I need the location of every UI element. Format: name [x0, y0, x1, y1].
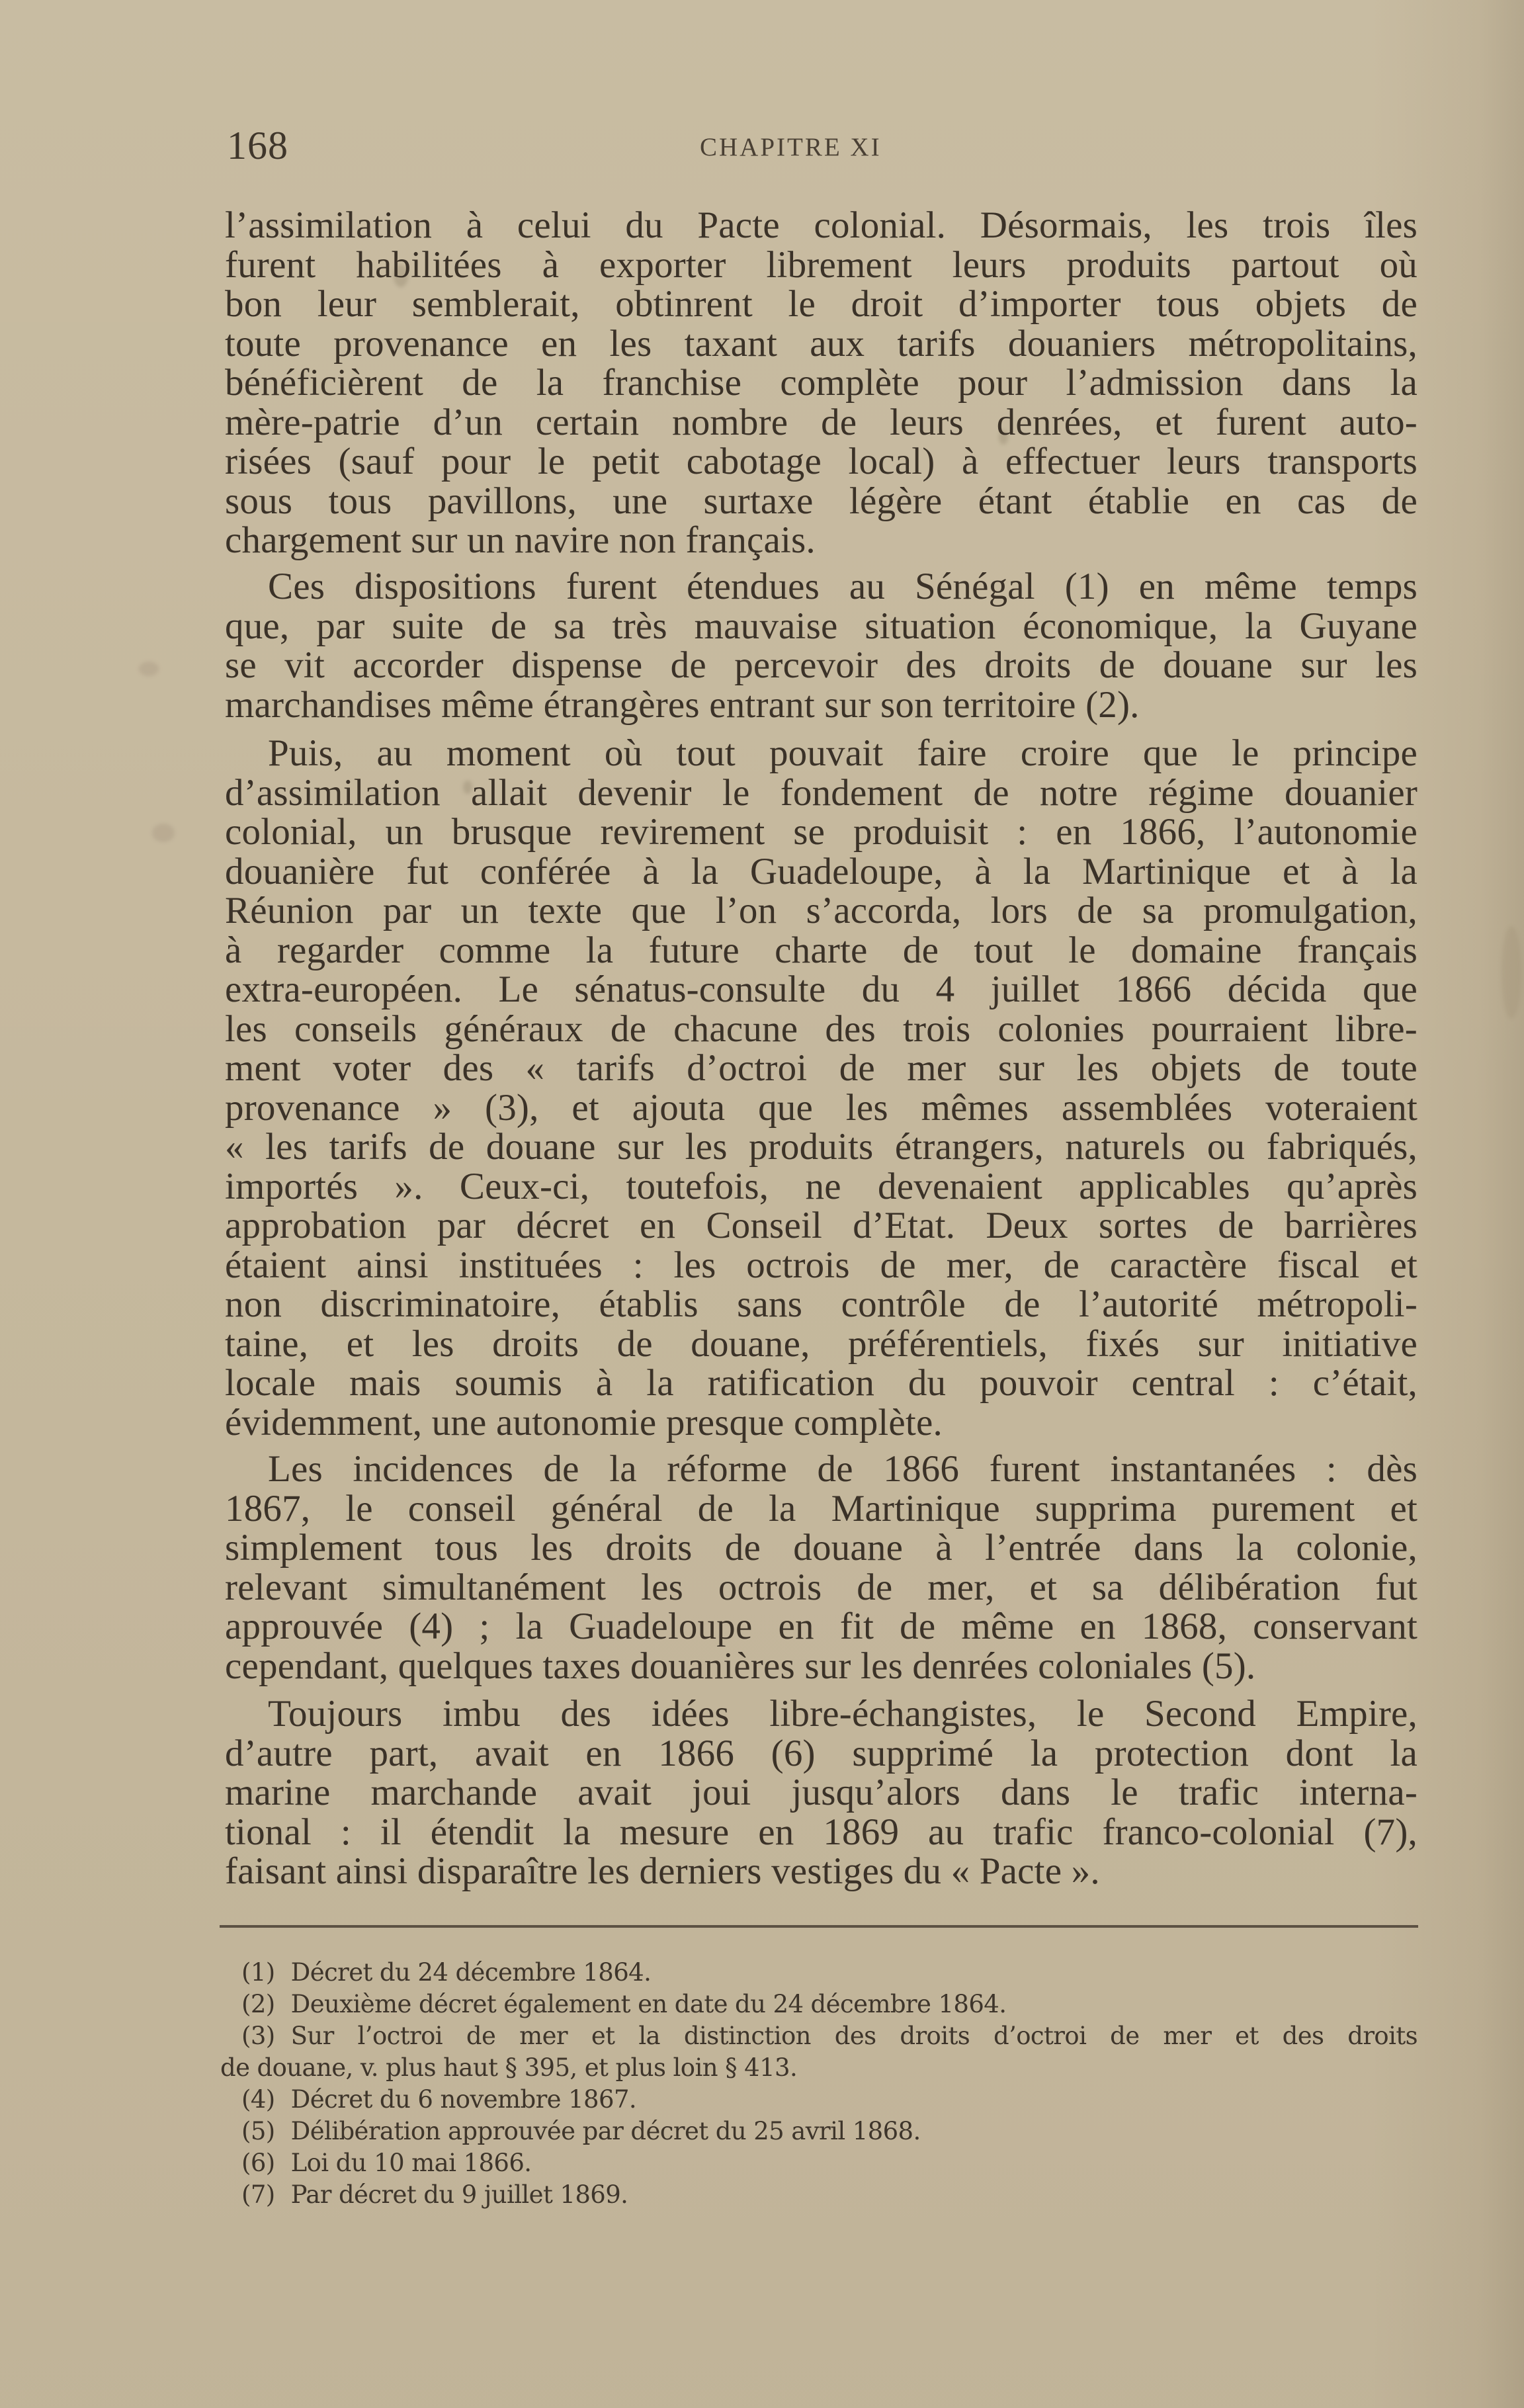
text-line: approbation par décret en Conseil d’Etat…	[225, 1206, 1418, 1246]
paper-blemish	[152, 824, 175, 842]
text-line: évidemment, une autonomie presque complè…	[225, 1403, 1418, 1443]
footnote-line: (1)Décret du 24 décembre 1864.	[241, 1957, 651, 1989]
text-line: Toujours imbu des idées libre-échangiste…	[268, 1694, 1418, 1734]
text-line: douanière fut conférée à la Guadeloupe, …	[225, 852, 1418, 892]
footnote-marker: (4)	[241, 2085, 275, 2114]
text-line: risées (sauf pour le petit cabotage loca…	[225, 442, 1418, 482]
footnote-text: Deuxième décret également en date du 24 …	[291, 1990, 1007, 2018]
text-line: chargement sur un navire non français.	[225, 521, 1418, 560]
text-line: bon leur semblerait, obtinrent le droit …	[225, 284, 1418, 324]
text-line: d’autre part, avait en 1866 (6) supprimé…	[225, 1734, 1418, 1774]
text-line: toute provenance en les taxant aux tarif…	[225, 324, 1418, 364]
text-line: bénéficièrent de la franchise complète p…	[225, 363, 1418, 403]
text-line: tional : il étendit la mesure en 1869 au…	[225, 1813, 1418, 1852]
paper-blemish	[139, 662, 159, 676]
footnote-marker: (7)	[241, 2180, 275, 2209]
footnote-marker: (1)	[241, 1958, 275, 1987]
text-line: colonial, un brusque revirement se produ…	[225, 812, 1418, 852]
footnote-text: Décret du 24 décembre 1864.	[291, 1958, 652, 1987]
footnote-line: (5)Délibération approuvée par décret du …	[241, 2116, 921, 2147]
text-line: relevant simultanément les octrois de me…	[225, 1568, 1418, 1608]
text-line: à regarder comme la future charte de tou…	[225, 931, 1418, 970]
text-line: mère-patrie d’un certain nombre de leurs…	[225, 403, 1418, 443]
text-line: furent habilitées à exporter librement l…	[225, 245, 1418, 285]
text-line: faisant ainsi disparaître les derniers v…	[225, 1852, 1418, 1891]
text-line: provenance » (3), et ajouta que les même…	[225, 1088, 1418, 1128]
text-line: taine, et les droits de douane, préféren…	[225, 1324, 1418, 1364]
text-line: se vit accorder dispense de percevoir de…	[225, 646, 1418, 685]
text-line: 1867, le conseil général de la Martiniqu…	[225, 1489, 1418, 1529]
text-line: Ces dispositions furent étendues au Séné…	[268, 567, 1418, 607]
text-line: étaient ainsi instituées : les octrois d…	[225, 1246, 1418, 1285]
footnote-marker: (5)	[241, 2117, 275, 2145]
footnote-continuation: de douane, v. plus haut § 395, et plus l…	[220, 2052, 797, 2084]
footnote-marker: (2)	[241, 1990, 275, 2018]
text-line: d’assimilation allait devenir le fondeme…	[225, 773, 1418, 813]
text-line: marchandises même étrangères entrant sur…	[225, 685, 1418, 725]
footnote-line: (6)Loi du 10 mai 1866.	[241, 2147, 531, 2179]
text-line: locale mais soumis à la ratification du …	[225, 1363, 1418, 1403]
text-line: « les tarifs de douane sur les produits …	[225, 1127, 1418, 1167]
footnote-text: Sur l’octroi de mer et la distinction de…	[291, 2022, 1418, 2050]
page-number: 168	[227, 126, 288, 165]
text-line: Puis, au moment où tout pouvait faire cr…	[268, 734, 1418, 773]
text-line: Réunion par un texte que l’on s’accorda,…	[225, 891, 1418, 931]
text-line: approuvée (4) ; la Guadeloupe en fit de …	[225, 1607, 1418, 1647]
text-line: que, par suite de sa très mauvaise situa…	[225, 607, 1418, 646]
footnote-line: (2)Deuxième décret également en date du …	[241, 1989, 1006, 2020]
running-head: CHAPITRE XI	[700, 134, 925, 161]
footnote-line: (4)Décret du 6 novembre 1867.	[241, 2084, 636, 2116]
footnote-separator	[220, 1925, 1418, 1928]
footnote-text: Par décret du 9 juillet 1869.	[291, 2180, 628, 2209]
text-line: les conseils généraux de chacune des tro…	[225, 1010, 1418, 1049]
footnote-text: Délibération approuvée par décret du 25 …	[291, 2117, 921, 2145]
text-line: cependant, quelques taxes douanières sur…	[225, 1647, 1418, 1686]
footnote-text: Décret du 6 novembre 1867.	[291, 2085, 636, 2114]
text-line: l’assimilation à celui du Pacte colonial…	[225, 206, 1418, 245]
footnote-text: Loi du 10 mai 1866.	[291, 2149, 532, 2177]
text-line: Les incidences de la réforme de 1866 fur…	[268, 1449, 1418, 1489]
text-line: simplement tous les droits de douane à l…	[225, 1528, 1418, 1568]
text-line: non discriminatoire, établis sans contrô…	[225, 1285, 1418, 1324]
footnote-line: (7)Par décret du 9 juillet 1869.	[241, 2179, 628, 2211]
footnote-line: (3)Sur l’octroi de mer et la distinction…	[241, 2020, 1418, 2052]
text-line: importés ». Ceux-ci, toutefois, ne deven…	[225, 1167, 1418, 1207]
text-line: extra-européen. Le sénatus-consulte du 4…	[225, 970, 1418, 1010]
paper-blemish	[1502, 926, 1521, 1019]
text-line: marine marchande avait joui jusqu’alors …	[225, 1773, 1418, 1813]
text-line: sous tous pavillons, une surtaxe légère …	[225, 482, 1418, 521]
text-line: ment voter des « tarifs d’octroi de mer …	[225, 1049, 1418, 1088]
footnote-marker: (3)	[241, 2022, 275, 2050]
footnote-marker: (6)	[241, 2149, 275, 2177]
